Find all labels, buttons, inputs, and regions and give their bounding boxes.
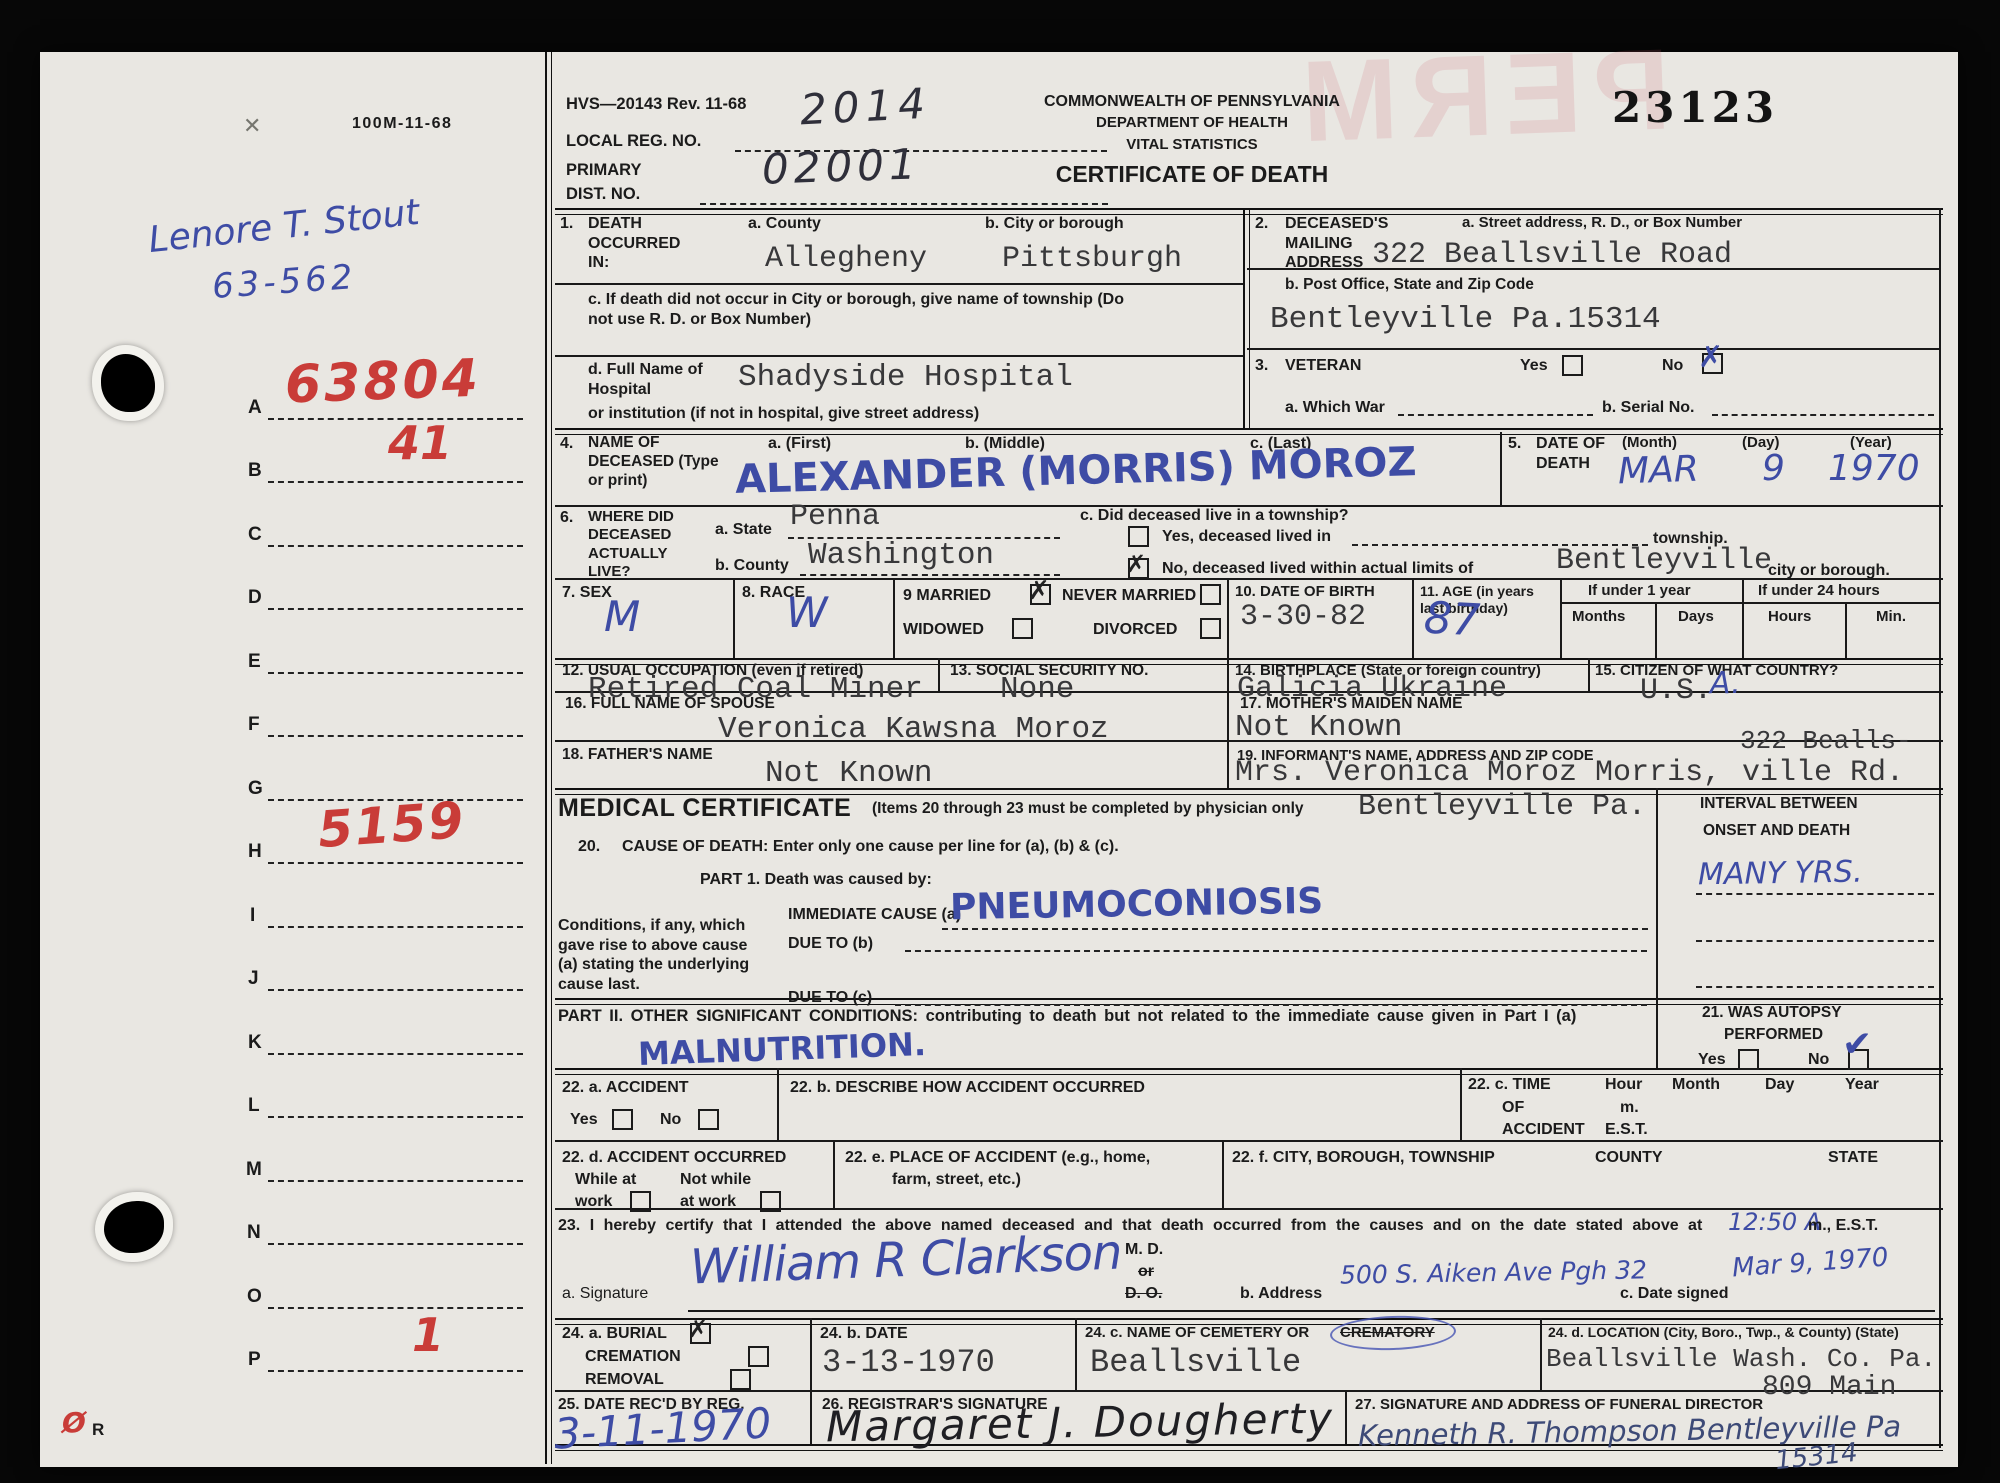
stub-letter: L bbox=[248, 1094, 260, 1117]
s11-under1-label: If under 1 year bbox=[1588, 582, 1691, 600]
s20-immediate-cause-label: IMMEDIATE CAUSE (a) bbox=[788, 905, 961, 925]
s23-date-label: c. Date signed bbox=[1620, 1284, 1728, 1304]
removal-checkbox bbox=[730, 1369, 751, 1390]
s22c-year-label: Year bbox=[1845, 1075, 1879, 1095]
s1d2-label: or institution (if not in hospital, give… bbox=[588, 404, 979, 424]
s6-no-value-borough: Bentleyville bbox=[1556, 544, 1772, 578]
s11-min-label: Min. bbox=[1876, 608, 1906, 626]
stub-value-h: 5159 bbox=[316, 791, 467, 859]
informant-overflow-1: 322 Bealls- bbox=[1740, 726, 1912, 756]
s22c-month-label: Month bbox=[1672, 1075, 1720, 1095]
s23-certify-text: 23. I hereby certify that I attended the… bbox=[558, 1216, 1702, 1236]
stub-line bbox=[268, 481, 523, 483]
rule bbox=[1540, 1318, 1542, 1390]
rule bbox=[777, 1068, 779, 1140]
interval-line-3 bbox=[1696, 986, 1934, 988]
stub-line bbox=[268, 989, 523, 991]
s6-yes-text: Yes, deceased lived in bbox=[1162, 527, 1331, 547]
stub-print-code: 100M-11-68 bbox=[352, 114, 452, 134]
s22d-notwhile-label: Not while bbox=[680, 1170, 751, 1190]
part2-title: PART II. OTHER SIGNIFICANT CONDITIONS: c… bbox=[558, 1006, 1576, 1026]
race-value: W bbox=[786, 588, 828, 637]
s24-burial-label: 24. a. BURIAL bbox=[562, 1324, 667, 1344]
s18-title: 18. FATHER'S NAME bbox=[562, 746, 713, 765]
form-code: HVS—20143 Rev. 11-68 bbox=[566, 94, 746, 114]
rule bbox=[555, 283, 1243, 285]
citizen-value-pen: A. bbox=[1710, 666, 1741, 701]
stub-letter: G bbox=[248, 777, 263, 800]
s22c-title-3: ACCIDENT bbox=[1502, 1120, 1585, 1140]
s2a-label: a. Street address, R. D., or Box Number bbox=[1462, 214, 1742, 232]
mother-maiden-value: Not Known bbox=[1235, 710, 1402, 745]
death-month-value: MAR bbox=[1617, 449, 1699, 493]
citizen-value-typed: U.S. bbox=[1640, 674, 1712, 708]
stub-line bbox=[268, 1053, 523, 1055]
s6-num: 6. bbox=[560, 508, 573, 528]
header-department: DEPARTMENT OF HEALTH bbox=[1040, 114, 1344, 132]
father-name-value: Not Known bbox=[765, 756, 932, 791]
stub-letter: E bbox=[248, 650, 261, 673]
s22a-yes-label: Yes bbox=[570, 1110, 598, 1130]
rule bbox=[733, 578, 735, 658]
s24-removal-label: REMOVAL bbox=[585, 1370, 664, 1390]
not-while-at-work-checkbox bbox=[760, 1191, 781, 1212]
stub-value-b: 41 bbox=[388, 416, 452, 470]
s20-due-c-label: DUE TO (c) bbox=[788, 988, 872, 1008]
county-line bbox=[800, 574, 1060, 576]
header-vital: VITAL STATISTICS bbox=[1040, 136, 1344, 154]
birth-date-value: 3-30-82 bbox=[1240, 600, 1366, 634]
s2-num: 2. bbox=[1255, 214, 1268, 234]
stub-letter: O bbox=[247, 1285, 262, 1308]
rule bbox=[1742, 578, 1744, 658]
rule bbox=[555, 1068, 1943, 1075]
s2a-value-street: 322 Beallsville Road bbox=[1372, 238, 1732, 272]
stub-line bbox=[268, 1307, 523, 1309]
s1-num: 1. bbox=[560, 214, 573, 234]
stub-letter: I bbox=[250, 904, 255, 927]
veteran-yes-checkbox bbox=[1562, 355, 1583, 376]
punch-hole-bottom bbox=[95, 1192, 173, 1262]
local-reg-value: 2014 bbox=[799, 79, 932, 135]
stub-value-a: 63804 bbox=[284, 349, 482, 416]
stub-line bbox=[268, 1116, 523, 1118]
stub-bottom-mark-red: Ø bbox=[62, 1406, 86, 1439]
s1-title: DEATH OCCURRED IN: bbox=[588, 214, 693, 273]
rule bbox=[938, 658, 940, 691]
punch-hole-top bbox=[92, 345, 164, 421]
stub-line bbox=[268, 672, 523, 674]
s9-widowed-label: WIDOWED bbox=[903, 620, 984, 640]
s1a-label: a. County bbox=[748, 214, 821, 234]
s22a-title: 22. a. ACCIDENT bbox=[562, 1078, 689, 1098]
rule bbox=[555, 355, 1243, 357]
s21-no-label: No bbox=[1808, 1050, 1829, 1070]
s27-title: 27. SIGNATURE AND ADDRESS OF FUNERAL DIR… bbox=[1355, 1396, 1763, 1414]
s5-num: 5. bbox=[1508, 434, 1521, 454]
divorced-checkbox bbox=[1200, 618, 1221, 639]
form-right-border bbox=[1939, 208, 1941, 1448]
rule bbox=[1227, 740, 1229, 788]
rule bbox=[1227, 658, 1229, 691]
s3-num: 3. bbox=[1255, 356, 1268, 376]
s21-title-1: 21. WAS AUTOPSY bbox=[1702, 1004, 1842, 1023]
s23-md-label: M. D. bbox=[1125, 1240, 1163, 1260]
rule bbox=[1588, 658, 1590, 691]
township-yes-checkbox bbox=[1128, 526, 1149, 547]
s22c-title-1: 22. c. TIME bbox=[1468, 1075, 1551, 1095]
stub-line bbox=[268, 1243, 523, 1245]
due-b-line bbox=[905, 950, 1647, 952]
s3-serial-label: b. Serial No. bbox=[1602, 398, 1694, 418]
rule bbox=[1656, 788, 1658, 998]
rule bbox=[810, 1390, 812, 1444]
s22d-title: 22. d. ACCIDENT OCCURRED bbox=[562, 1148, 786, 1168]
s10-title: 10. DATE OF BIRTH bbox=[1235, 583, 1375, 601]
rule bbox=[1247, 348, 1939, 350]
informant-overflow-2: ville Rd. bbox=[1742, 756, 1904, 790]
death-certificate-scan: PERM ✕ 100M-11-68 Lenore T. Stout 63-562… bbox=[0, 0, 2000, 1483]
interval-line-2 bbox=[1696, 940, 1934, 942]
burial-x-mark: ✗ bbox=[688, 1315, 708, 1343]
rule bbox=[833, 1140, 835, 1208]
physician-address-value: 500 S. Aiken Ave Pgh 32 bbox=[1340, 1255, 1647, 1289]
s22d-while-label: While at bbox=[575, 1170, 636, 1190]
s4-title: NAME OF DECEASED (Type or print) bbox=[588, 434, 723, 491]
s11-months-label: Months bbox=[1572, 608, 1625, 626]
cemetery-name-value: Beallsville bbox=[1090, 1344, 1301, 1381]
rule bbox=[1500, 432, 1502, 505]
married-x-mark: ✗ bbox=[1028, 576, 1050, 606]
rule bbox=[555, 428, 1943, 435]
stub-line bbox=[268, 1370, 523, 1372]
s22c-est-label: E.S.T. bbox=[1605, 1120, 1648, 1140]
interval-label-2: ONSET AND DEATH bbox=[1703, 822, 1850, 841]
s20-num: 20. bbox=[578, 837, 600, 857]
rule bbox=[555, 1390, 1943, 1392]
s24d-title: 24. d. LOCATION (City, Boro., Twp., & Co… bbox=[1548, 1324, 1899, 1341]
s1a-value-county: Allegheny bbox=[765, 242, 927, 276]
dist-no-label: DIST. NO. bbox=[566, 184, 640, 204]
cemetery-location-value: Beallsville Wash. Co. Pa. bbox=[1546, 1344, 1936, 1374]
s22f-county-label: COUNTY bbox=[1595, 1148, 1663, 1168]
s24c-title: 24. c. NAME OF CEMETERY OR bbox=[1085, 1324, 1309, 1342]
interval-value: MANY YRS. bbox=[1698, 855, 1863, 893]
s20-part1-label: PART 1. Death was caused by: bbox=[700, 870, 932, 890]
death-year-value: 1970 bbox=[1828, 448, 1920, 489]
header-certificate-title: CERTIFICATE OF DEATH bbox=[1040, 160, 1344, 188]
rule bbox=[1460, 1068, 1462, 1140]
s3-no-label: No bbox=[1662, 356, 1683, 376]
autopsy-no-check-mark: ✔ bbox=[1842, 1024, 1872, 1065]
medical-certificate-title: MEDICAL CERTIFICATE bbox=[558, 793, 851, 824]
stub-letter: P bbox=[248, 1348, 261, 1371]
s22c-day-label: Day bbox=[1765, 1075, 1794, 1095]
s6a-value-state: Penna bbox=[790, 500, 880, 534]
burial-date-value: 3-13-1970 bbox=[822, 1344, 995, 1381]
s23-certify-text-end: m., E.S.T. bbox=[1808, 1216, 1878, 1236]
rule bbox=[810, 1318, 812, 1390]
rule bbox=[1075, 1318, 1077, 1390]
s23-address-label: b. Address bbox=[1240, 1284, 1322, 1304]
dist-no-line bbox=[700, 203, 1108, 205]
s22a-no-label: No bbox=[660, 1110, 681, 1130]
stub-letter: A bbox=[248, 396, 262, 419]
stub-line bbox=[268, 608, 523, 610]
widowed-checkbox bbox=[1012, 618, 1033, 639]
s11-days-label: Days bbox=[1678, 608, 1714, 626]
s24-cremation-label: CREMATION bbox=[585, 1347, 681, 1367]
rule bbox=[1243, 210, 1250, 428]
stub-value-p: 1 bbox=[412, 1308, 444, 1362]
signature-line bbox=[688, 1310, 1935, 1312]
rule bbox=[555, 1140, 1943, 1142]
registrar-signature: Margaret J. Dougherty bbox=[826, 1394, 1335, 1452]
veteran-no-x-mark: ✗ bbox=[1698, 340, 1723, 375]
dist-no-value: 02001 bbox=[761, 139, 921, 194]
rule bbox=[1655, 602, 1657, 658]
stub-letter: J bbox=[248, 967, 259, 990]
stub-letter: F bbox=[248, 713, 260, 736]
s11-under24-label: If under 24 hours bbox=[1758, 582, 1880, 600]
primary-label: PRIMARY bbox=[566, 160, 641, 180]
stub-line bbox=[268, 545, 523, 547]
rule bbox=[1412, 578, 1414, 658]
ssn-value: None bbox=[1000, 672, 1074, 707]
s1b-value-city: Pittsburgh bbox=[1002, 242, 1182, 276]
header-commonwealth: COMMONWEALTH OF PENNSYLVANIA bbox=[1040, 92, 1344, 112]
s2b-value-postoffice: Bentleyville Pa.15314 bbox=[1270, 302, 1661, 337]
autopsy-yes-checkbox bbox=[1738, 1049, 1759, 1070]
accident-yes-checkbox bbox=[612, 1109, 633, 1130]
stub-letter: M bbox=[246, 1158, 262, 1181]
s23-do-label: D. O. bbox=[1125, 1284, 1162, 1304]
certificate-serial-number: 23123 bbox=[1612, 82, 1778, 133]
s21-yes-label: Yes bbox=[1698, 1050, 1726, 1070]
s1d-value-hospital: Shadyside Hospital bbox=[738, 360, 1073, 395]
rule bbox=[1845, 602, 1847, 658]
s22c-m-label: m. bbox=[1620, 1098, 1639, 1118]
s9-divorced-label: DIVORCED bbox=[1093, 620, 1177, 640]
local-reg-label: LOCAL REG. NO. bbox=[566, 131, 701, 151]
s22f-title: 22. f. CITY, BOROUGH, TOWNSHIP bbox=[1232, 1148, 1495, 1168]
death-day-value: 9 bbox=[1762, 448, 1785, 489]
s22d-atwork-label: at work bbox=[680, 1192, 736, 1212]
s4-num: 4. bbox=[560, 434, 573, 454]
stub-letter: B bbox=[248, 459, 262, 482]
age-value: 87 bbox=[1423, 593, 1482, 647]
immediate-cause-line bbox=[942, 928, 1648, 930]
stub-letter: D bbox=[248, 586, 262, 609]
rule bbox=[1560, 578, 1562, 658]
s2b-label: b. Post Office, State and Zip Code bbox=[1285, 276, 1534, 295]
stub-letter: K bbox=[248, 1031, 262, 1054]
stub-bottom-mark-black: R bbox=[92, 1420, 104, 1441]
s3-title: VETERAN bbox=[1285, 356, 1361, 376]
s22c-title-2: OF bbox=[1502, 1098, 1524, 1118]
s6-title: WHERE DID DECEASED ACTUALLY LIVE? bbox=[588, 508, 698, 581]
while-at-work-checkbox bbox=[630, 1191, 651, 1212]
s9-married-label: 9 MARRIED bbox=[903, 586, 991, 606]
interval-label-1: INTERVAL BETWEEN bbox=[1700, 795, 1858, 814]
stub-form-divider bbox=[545, 52, 552, 1464]
stub-line bbox=[268, 735, 523, 737]
immediate-cause-value: PNEUMOCONIOSIS bbox=[950, 881, 1324, 929]
s1d-label: d. Full Name of Hospital bbox=[588, 360, 713, 399]
informant-city-value: Bentleyville Pa. bbox=[1358, 790, 1646, 824]
informant-name-value: Mrs. Veronica Moroz Morris, bbox=[1235, 756, 1721, 790]
interval-line-1 bbox=[1696, 893, 1934, 895]
s22e-title-1: 22. e. PLACE OF ACCIDENT (e.g., home, bbox=[845, 1148, 1150, 1168]
spouse-value: Veronica Kawsna Moroz bbox=[718, 712, 1109, 747]
rule bbox=[1560, 602, 1939, 604]
s22e-title-2: farm, street, etc.) bbox=[892, 1170, 1021, 1190]
stub-line bbox=[268, 862, 523, 864]
which-war-line bbox=[1398, 414, 1593, 416]
stub-letter: C bbox=[248, 523, 262, 546]
s4a-label: a. (First) bbox=[768, 434, 831, 454]
s1b-label: b. City or borough bbox=[985, 214, 1124, 234]
funeral-director-address-typed: 809 Main bbox=[1762, 1372, 1896, 1403]
stub-line bbox=[268, 926, 523, 928]
rule bbox=[1222, 1140, 1224, 1208]
s24b-title: 24. b. DATE bbox=[820, 1324, 908, 1344]
s20-due-b-label: DUE TO (b) bbox=[788, 934, 873, 954]
s3-yes-label: Yes bbox=[1520, 356, 1548, 376]
cremation-checkbox bbox=[748, 1346, 769, 1367]
s6-no-text: No, deceased lived within actual limits … bbox=[1162, 559, 1473, 579]
s5-title: DATE OF DEATH bbox=[1536, 434, 1608, 473]
s9-never-married-label: NEVER MARRIED bbox=[1062, 586, 1196, 606]
s23-signature-label: a. Signature bbox=[562, 1284, 648, 1304]
pencil-x-mark: ✕ bbox=[243, 114, 261, 139]
stub-line bbox=[268, 1180, 523, 1182]
s1c-label: c. If death did not occur in City or bor… bbox=[588, 290, 1148, 329]
rule bbox=[1227, 691, 1229, 740]
s22b-title: 22. b. DESCRIBE HOW ACCIDENT OCCURRED bbox=[790, 1078, 1145, 1098]
s22f-state-label: STATE bbox=[1828, 1148, 1878, 1168]
s6b-label: b. County bbox=[715, 556, 789, 576]
stub-letter: N bbox=[247, 1221, 261, 1244]
s22c-hour-label: Hour bbox=[1605, 1075, 1642, 1095]
rule bbox=[1345, 1390, 1347, 1444]
medical-certificate-subtitle: (Items 20 through 23 must be completed b… bbox=[872, 800, 1304, 819]
s20-conditions-note: Conditions, if any, which gave rise to a… bbox=[558, 916, 768, 994]
s20-title: CAUSE OF DEATH: Enter only one cause per… bbox=[622, 837, 1119, 857]
s23-or-label: or bbox=[1138, 1262, 1154, 1282]
serial-no-line bbox=[1712, 414, 1934, 416]
accident-no-checkbox bbox=[698, 1109, 719, 1130]
stub-letter: H bbox=[248, 840, 262, 863]
s21-title-2: PERFORMED bbox=[1724, 1026, 1823, 1045]
s3-war-label: a. Which War bbox=[1285, 398, 1385, 418]
s6c-label: c. Did deceased live in a township? bbox=[1080, 506, 1349, 526]
s22d-work-label: work bbox=[575, 1192, 612, 1212]
never-married-checkbox bbox=[1200, 584, 1221, 605]
s11-hours-label: Hours bbox=[1768, 608, 1811, 626]
rule bbox=[1227, 578, 1229, 658]
rule bbox=[1656, 998, 1658, 1068]
rule bbox=[893, 578, 895, 658]
township-no-x-mark: ✗ bbox=[1126, 550, 1146, 578]
s6-no-post: city or borough. bbox=[1768, 561, 1890, 581]
s6b-value-county: Washington bbox=[808, 538, 994, 573]
s6a-label: a. State bbox=[715, 520, 772, 540]
sex-value: M bbox=[604, 592, 640, 641]
